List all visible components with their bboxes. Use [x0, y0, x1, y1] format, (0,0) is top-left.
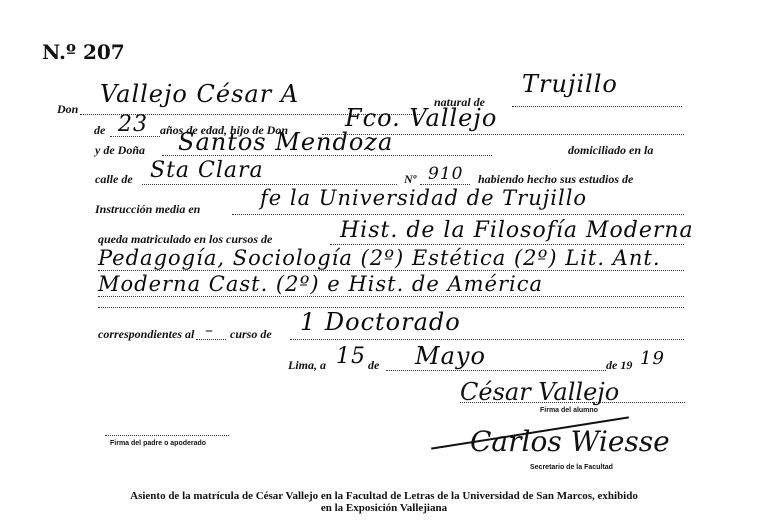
street-value: Sta Clara: [150, 158, 264, 183]
instruction-label: Instrucción media en: [95, 202, 200, 217]
caption-line-1: Asiento de la matrícula de César Vallejo…: [0, 490, 768, 502]
don-value: Vallejo César A: [100, 80, 299, 108]
student-signature-label: Firma del alumno: [540, 407, 598, 414]
courses-line1: Hist. de la Filosofía Moderna: [340, 218, 694, 243]
mother-value: Santos Mendoza: [178, 128, 393, 156]
mother-label: y de Doña: [95, 143, 145, 158]
street-no-label: Nº: [404, 172, 416, 187]
document-number: N.º 207: [42, 40, 125, 64]
course-dash: –: [205, 320, 214, 339]
day-value: 15: [336, 344, 366, 369]
secretary-signature: Carlos Wiesse: [470, 425, 670, 458]
secretary-signature-label: Secretario de la Facultad: [530, 464, 613, 471]
street-no-value: 910: [428, 164, 463, 184]
instruction-value: fe la Universidad de Trujillo: [260, 186, 587, 210]
parent-signature-label: Firma del padre o apoderado: [110, 440, 206, 447]
natural-value: Trujillo: [522, 70, 618, 98]
year-label: de 19: [606, 358, 632, 373]
year-value: 19: [640, 348, 665, 369]
de-label: de: [94, 123, 105, 138]
place-label: Lima, a: [288, 358, 326, 373]
number-label: N.º: [42, 40, 76, 64]
curso-label: curso de: [230, 327, 272, 342]
caption-line-2: en la Exposición Vallejiana: [0, 502, 768, 514]
month-value: Mayo: [415, 342, 486, 370]
courses-label: queda matriculado en los cursos de: [98, 232, 272, 247]
age-value: 23: [118, 112, 148, 137]
courses-line3: Moderna Cast. (2º) e Hist. de América: [98, 272, 543, 296]
street-label: calle de: [95, 172, 133, 187]
studies-label: habiendo hecho sus estudios de: [478, 172, 633, 187]
don-label: Don: [57, 102, 78, 117]
course-label: correspondientes al: [98, 327, 194, 342]
number-value: 207: [83, 40, 125, 64]
curso-value: 1 Doctorado: [300, 308, 461, 336]
domicile-label: domiciliado en la: [568, 143, 653, 158]
de-label-2: de: [368, 358, 379, 373]
courses-line2: Pedagogía, Sociología (2º) Estética (2º)…: [98, 246, 661, 270]
